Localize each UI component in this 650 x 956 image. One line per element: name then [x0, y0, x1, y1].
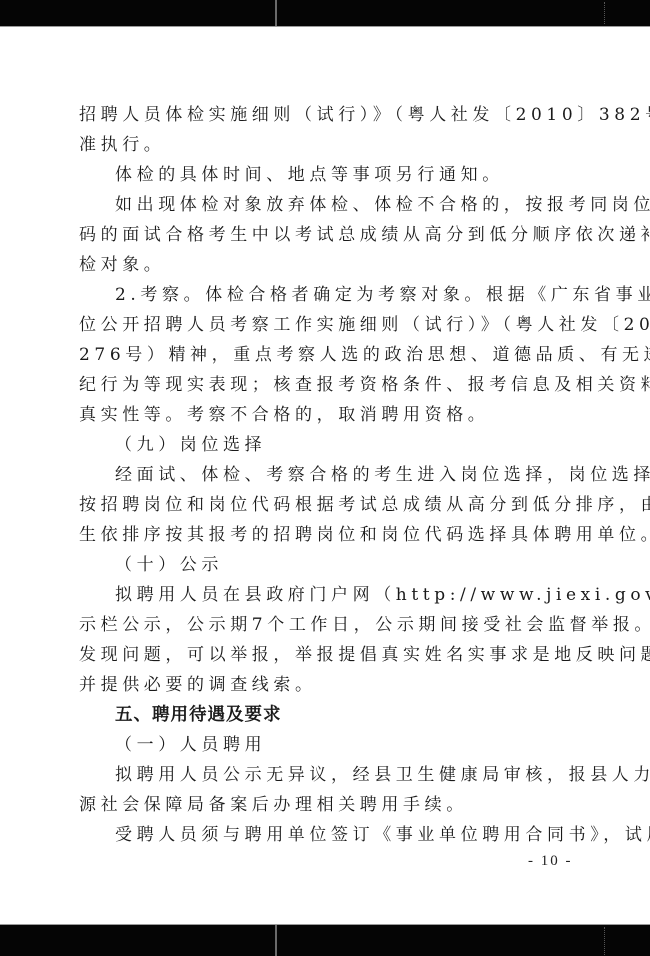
- text-line: 示栏公示，公示期7个工作日，公示期间接受社会监督举报。若: [79, 610, 571, 640]
- text-line: 检对象。: [79, 250, 571, 280]
- text-line: 受聘人员须与聘用单位签订《事业单位聘用合同书》，试用: [79, 820, 571, 850]
- section-subheading: （一）人员聘用: [79, 730, 571, 760]
- section-subheading: （十）公示: [79, 550, 571, 580]
- scan-border-top: [0, 0, 650, 27]
- text-line: 真实性等。考察不合格的，取消聘用资格。: [79, 400, 571, 430]
- text-line: 2.考察。体检合格者确定为考察对象。根据《广东省事业单: [79, 280, 571, 310]
- scan-dotted-mark: [604, 2, 606, 24]
- page-number: - 10 -: [528, 853, 573, 870]
- text-line: 准执行。: [79, 130, 571, 160]
- text-line: 经面试、体检、考察合格的考生进入岗位选择，岗位选择时: [79, 460, 571, 490]
- text-line: 纪行为等现实表现；核查报考资格条件、报考信息及相关资料的: [79, 370, 571, 400]
- text-line: 体检的具体时间、地点等事项另行通知。: [79, 160, 571, 190]
- text-line: 276号）精神，重点考察人选的政治思想、道德品质、有无违法违: [79, 340, 571, 370]
- text-line: 并提供必要的调查线索。: [79, 670, 571, 700]
- text-line: 发现问题，可以举报，举报提倡真实姓名实事求是地反映问题，: [79, 640, 571, 670]
- text-line: 位公开招聘人员考察工作实施细则（试行）》（粤人社发〔2010〕: [79, 310, 571, 340]
- text-line: 源社会保障局备案后办理相关聘用手续。: [79, 790, 571, 820]
- text-line: 拟聘用人员在县政府门户网（http://www.jiexi.gov.cn/）公: [79, 580, 571, 610]
- text-line: 生依排序按其报考的招聘岗位和岗位代码选择具体聘用单位。: [79, 520, 571, 550]
- document-page: 招聘人员体检实施细则（试行）》（粤人社发〔2010〕382号）标 准执行。 体检…: [79, 100, 571, 850]
- text-line: 拟聘用人员公示无异议，经县卫生健康局审核，报县人力资: [79, 760, 571, 790]
- text-line: 如出现体检对象放弃体检、体检不合格的，按报考同岗位代: [79, 190, 571, 220]
- scan-border-bottom: [0, 924, 650, 956]
- scan-divider: [275, 0, 277, 26]
- section-subheading: （九）岗位选择: [79, 430, 571, 460]
- section-heading: 五、聘用待遇及要求: [79, 700, 571, 730]
- text-line: 按招聘岗位和岗位代码根据考试总成绩从高分到低分排序，由考: [79, 490, 571, 520]
- text-line: 招聘人员体检实施细则（试行）》（粤人社发〔2010〕382号）标: [79, 100, 571, 130]
- text-line: 码的面试合格考生中以考试总成绩从高分到低分顺序依次递补体: [79, 220, 571, 250]
- scan-divider: [275, 925, 277, 956]
- scan-dotted-mark: [604, 927, 606, 955]
